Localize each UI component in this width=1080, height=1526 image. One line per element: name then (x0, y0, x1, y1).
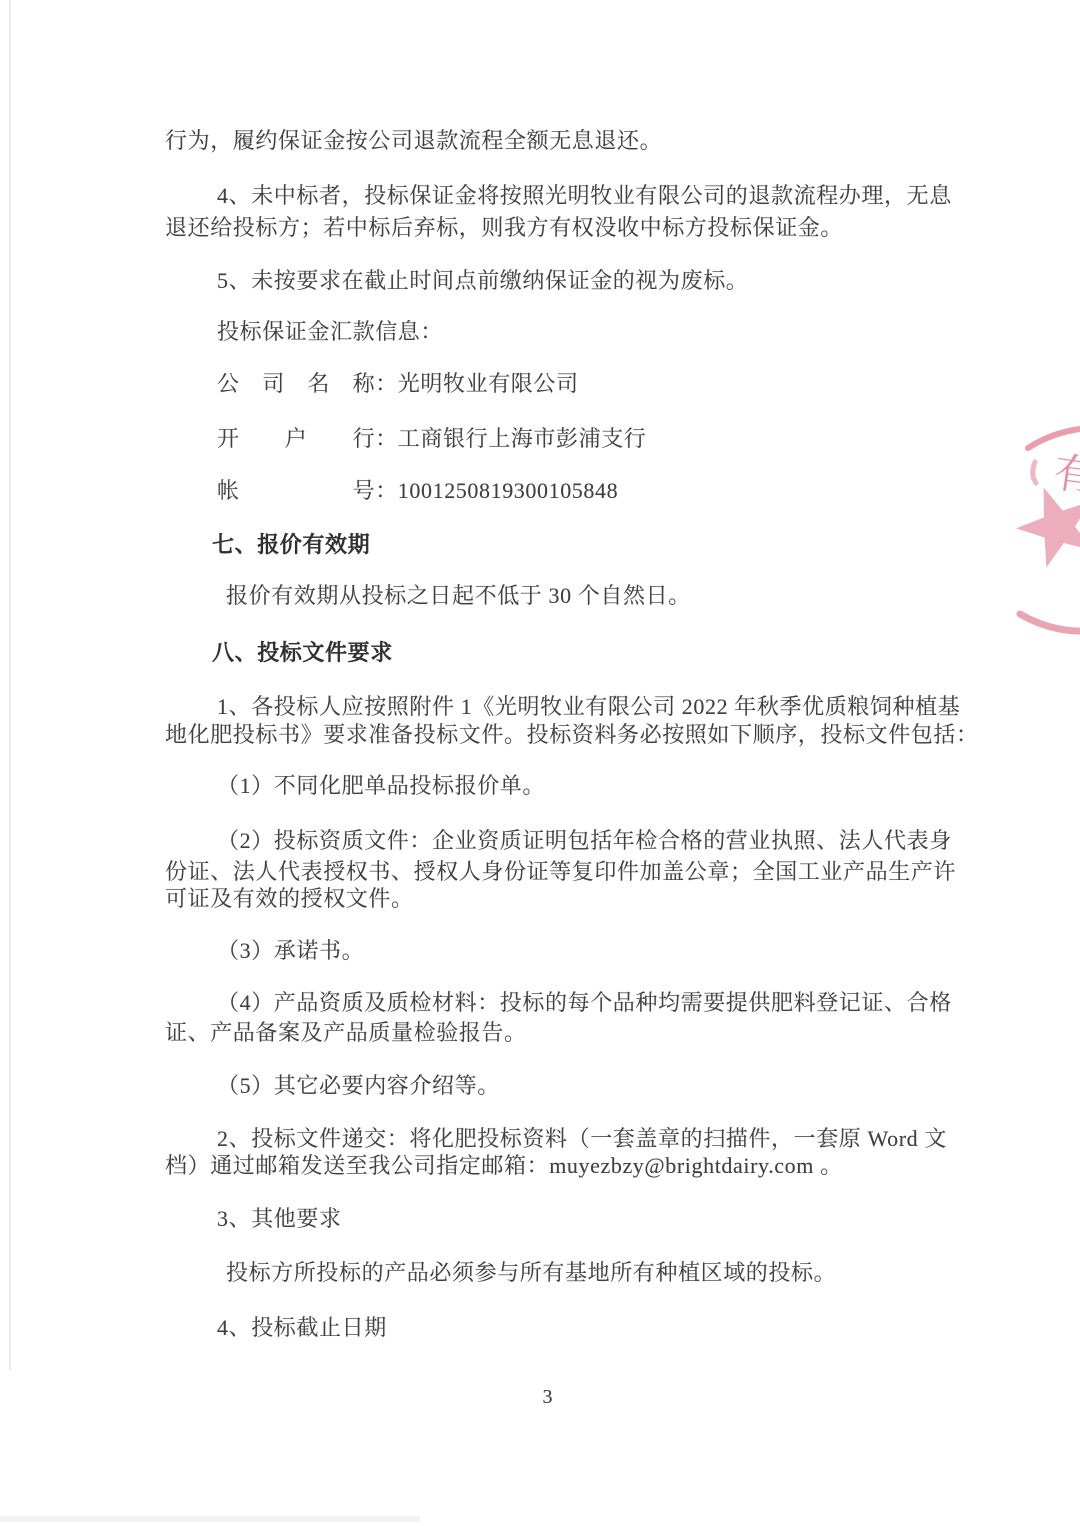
doc-line-account-number: 帐 号：1001250819300105848 (165, 479, 1007, 503)
doc-line: 5、未按要求在截止时间点前缴纳保证金的视为废标。 (165, 269, 1007, 293)
doc-line: 可证及有效的授权文件。 (165, 887, 955, 911)
doc-line: 投标方所投标的产品必须参与所有基地所有种植区域的投标。 (165, 1261, 1016, 1285)
doc-line: 证、产品备案及产品质量检验报告。 (165, 1021, 955, 1045)
doc-line: 1、各投标人应按照附件 1《光明牧业有限公司 2022 年秋季优质粮饲种植基 (165, 695, 1007, 719)
doc-line: （2）投标资质文件：企业资质证明包括年检合格的营业执照、法人代表身 (165, 829, 1007, 853)
doc-line: （1）不同化肥单品投标报价单。 (165, 774, 1007, 798)
page-number: 3 (165, 1386, 930, 1409)
doc-line: 3、其他要求 (165, 1207, 1007, 1231)
document-page: 行为，履约保证金按公司退款流程全额无息退还。 4、未中标者，投标保证金将按照光明… (0, 0, 1080, 1526)
doc-line: 行为，履约保证金按公司退款流程全额无息退还。 (165, 129, 955, 153)
doc-line-bank: 开 户 行：工商银行上海市彭浦支行 (165, 427, 1007, 451)
doc-line-company-name: 公 司 名 称：光明牧业有限公司 (165, 372, 1007, 396)
doc-line: 退还给投标方；若中标后弃标，则我方有权没收中标方投标保证金。 (165, 216, 955, 240)
seal-character: 有 (1051, 450, 1080, 501)
seal-faded-mark (1033, 462, 1036, 483)
doc-line: （3）承诺书。 (165, 939, 1007, 963)
doc-line: 报价有效期从投标之日起不低于 30 个自然日。 (165, 584, 1016, 608)
scan-edge-artifact (0, 1516, 420, 1522)
doc-line: （5）其它必要内容介绍等。 (165, 1074, 1007, 1098)
doc-line: 投标保证金汇款信息： (165, 320, 1007, 344)
section-heading: 七、报价有效期 (165, 533, 1002, 557)
red-company-seal-icon: 有 (1000, 402, 1080, 662)
doc-line: 地化肥投标书》要求准备投标文件。投标资料务必按照如下顺序，投标文件包括： (165, 723, 955, 747)
doc-line: 4、未中标者，投标保证金将按照光明牧业有限公司的退款流程办理，无息 (165, 184, 1007, 208)
doc-line: （4）产品资质及质检材料：投标的每个品种均需要提供肥料登记证、合格 (165, 991, 1007, 1015)
scan-edge-artifact (9, 0, 11, 1370)
doc-line: 4、投标截止日期 (165, 1316, 1007, 1340)
doc-line-email: 档）通过邮箱发送至我公司指定邮箱：muyezbzy@brightdairy.co… (165, 1154, 955, 1178)
doc-line-email: 2、投标文件递交：将化肥投标资料（一套盖章的扫描件，一套原 Word 文 (165, 1127, 1007, 1151)
section-heading: 八、投标文件要求 (165, 641, 1002, 665)
seal-bottom-arc (1020, 614, 1080, 631)
seal-top-arc (1028, 428, 1080, 448)
doc-line: 份证、法人代表授权书、授权人身份证等复印件加盖公章；全国工业产品生产许 (165, 860, 955, 884)
